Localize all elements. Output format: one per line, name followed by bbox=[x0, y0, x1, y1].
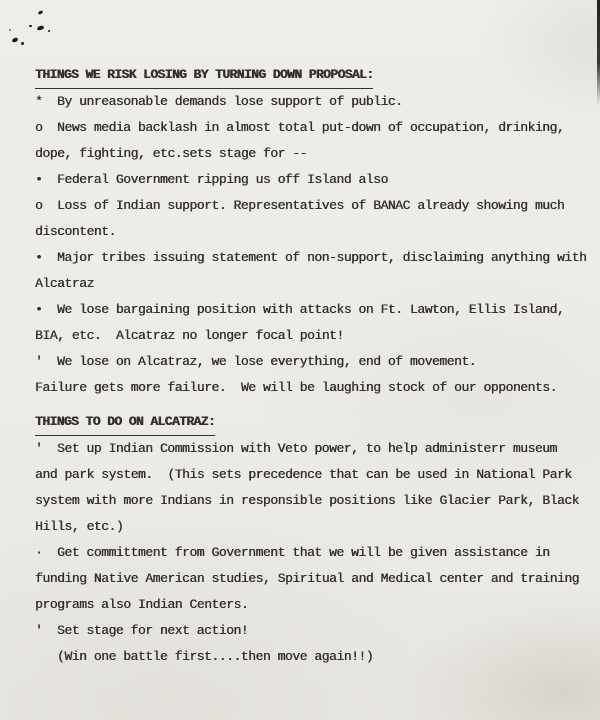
bullet-marker: o bbox=[35, 115, 57, 141]
section-gap bbox=[35, 401, 596, 409]
bullet-marker: • bbox=[35, 297, 57, 323]
bullet-marker: · bbox=[35, 540, 57, 566]
list-item-text: Set up Indian Commission with Veto power… bbox=[57, 441, 557, 456]
bullet-marker: ' bbox=[35, 436, 57, 462]
bullet-marker: * bbox=[35, 89, 57, 115]
document-content: THINGS WE RISK LOSING BY TURNING DOWN PR… bbox=[35, 62, 596, 670]
list-item-text: We lose on Alcatraz, we lose everything,… bbox=[57, 354, 476, 369]
section-2-heading-text: THINGS TO DO ON ALCATRAZ: bbox=[35, 409, 215, 436]
list-item-text: Get committment from Government that we … bbox=[57, 545, 550, 560]
list-item-text: News media backlash in almost total put-… bbox=[57, 120, 564, 135]
document-page: THINGS WE RISK LOSING BY TURNING DOWN PR… bbox=[0, 0, 600, 720]
list-item-text: Federal Government ripping us off Island… bbox=[57, 172, 388, 187]
list-item-text: Major tribes issuing statement of non-su… bbox=[57, 250, 586, 265]
list-item-text: We lose bargaining position with attacks… bbox=[57, 302, 564, 317]
list-item: *By unreasonable demands lose support of… bbox=[35, 89, 596, 115]
bullet-marker: • bbox=[35, 245, 57, 271]
bullet-marker: ' bbox=[35, 349, 57, 375]
list-item-continuation: and park system. (This sets precedence t… bbox=[35, 462, 596, 488]
list-item: 'Set up Indian Commission with Veto powe… bbox=[35, 436, 596, 462]
list-item-text: Set stage for next action! bbox=[57, 623, 248, 638]
list-item: 'Set stage for next action! bbox=[35, 618, 596, 644]
ink-blot-marks bbox=[0, 0, 70, 60]
list-item: ·Get committment from Government that we… bbox=[35, 540, 596, 566]
list-item: •Federal Government ripping us off Islan… bbox=[35, 167, 596, 193]
list-item-continuation: funding Native American studies, Spiritu… bbox=[35, 566, 596, 592]
list-item-continuation: (Win one battle first....then move again… bbox=[35, 644, 596, 670]
list-item: •Major tribes issuing statement of non-s… bbox=[35, 245, 596, 271]
section-2-heading: THINGS TO DO ON ALCATRAZ: bbox=[35, 409, 596, 436]
list-item: 'We lose on Alcatraz, we lose everything… bbox=[35, 349, 596, 375]
list-item: •We lose bargaining position with attack… bbox=[35, 297, 596, 323]
list-item-continuation: discontent. bbox=[35, 219, 596, 245]
bullet-marker: o bbox=[35, 193, 57, 219]
list-item-continuation: programs also Indian Centers. bbox=[35, 592, 596, 618]
list-item-continuation: Hills, etc.) bbox=[35, 514, 596, 540]
list-item-text: Loss of Indian support. Representatives … bbox=[57, 198, 564, 213]
list-item-continuation: Failure gets more failure. We will be la… bbox=[35, 375, 596, 401]
bullet-marker: ' bbox=[35, 618, 57, 644]
list-item: oLoss of Indian support. Representatives… bbox=[35, 193, 596, 219]
list-item-continuation: BIA, etc. Alcatraz no longer focal point… bbox=[35, 323, 596, 349]
list-item-continuation: dope, fighting, etc.sets stage for -- bbox=[35, 141, 596, 167]
section-1-heading-text: THINGS WE RISK LOSING BY TURNING DOWN PR… bbox=[35, 62, 373, 89]
list-item-continuation: Alcatraz bbox=[35, 271, 596, 297]
list-item: oNews media backlash in almost total put… bbox=[35, 115, 596, 141]
list-item-text: By unreasonable demands lose support of … bbox=[57, 94, 403, 109]
section-1-heading: THINGS WE RISK LOSING BY TURNING DOWN PR… bbox=[35, 62, 596, 89]
bullet-marker: • bbox=[35, 167, 57, 193]
list-item-continuation: system with more Indians in responsible … bbox=[35, 488, 596, 514]
